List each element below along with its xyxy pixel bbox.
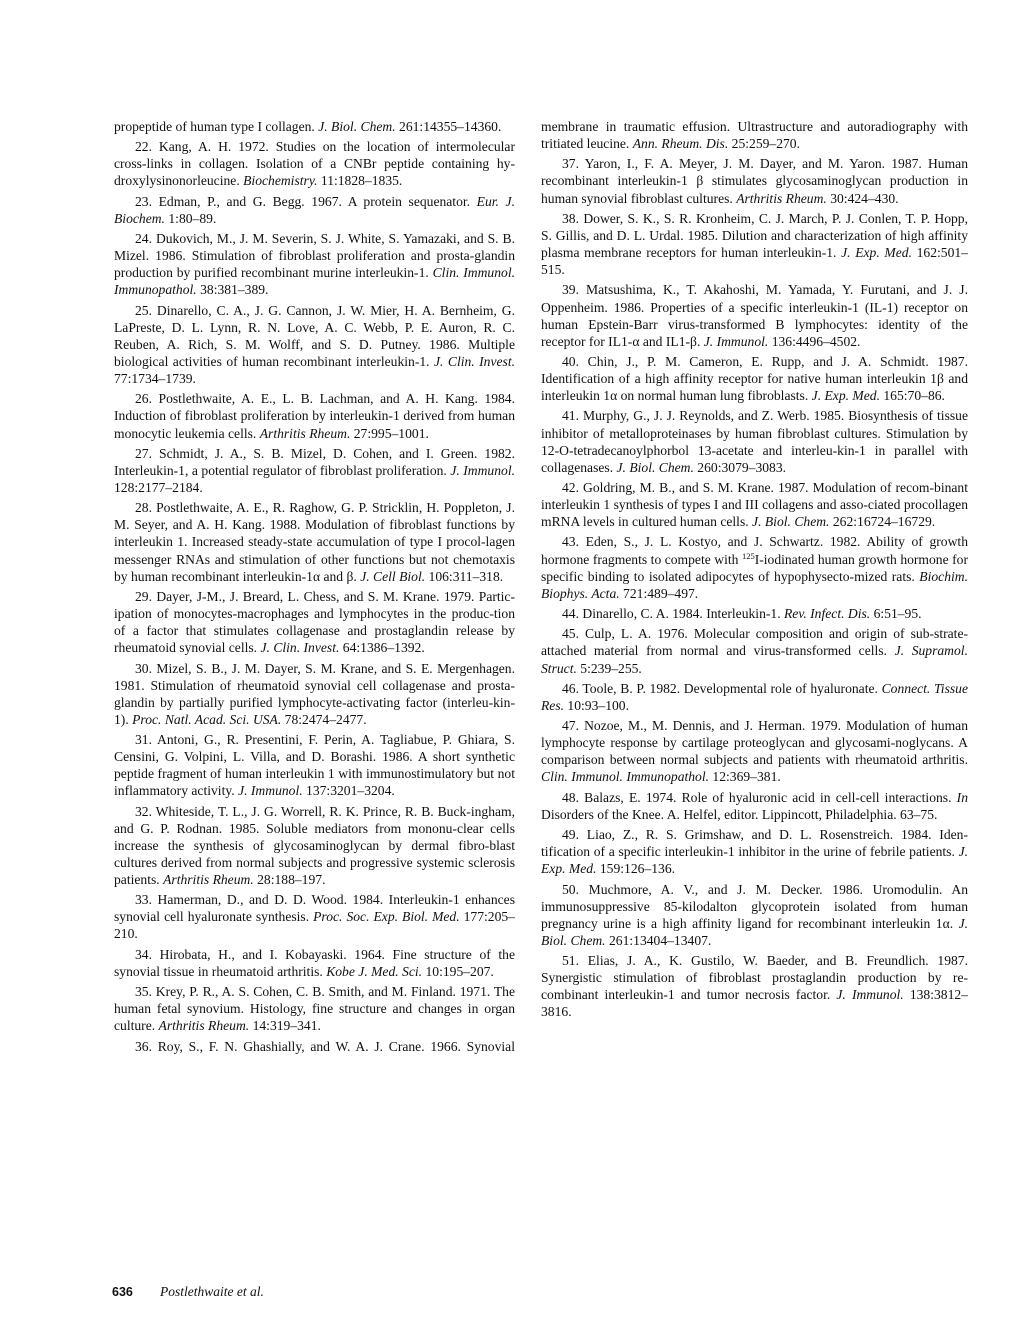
journal-name: Rev. Infect. Dis. — [784, 606, 870, 621]
reference-38: 38. Dower, S. K., S. R. Kronheim, C. J. … — [541, 210, 968, 278]
reference-39: 39. Matsushima, K., T. Akahoshi, M. Yama… — [541, 281, 968, 349]
reference-46: 46. Toole, B. P. 1982. Developmental rol… — [541, 680, 968, 714]
page-number: 636 — [112, 1284, 160, 1300]
journal-name: Arthritis Rheum. — [260, 426, 351, 441]
reference-27: 27. Schmidt, J. A., S. B. Mizel, D. Cohe… — [114, 445, 515, 496]
journal-name: Proc. Soc. Exp. Biol. Med. — [313, 909, 460, 924]
journal-name: J. Biol. Chem. — [752, 514, 829, 529]
reference-40: 40. Chin, J., P. M. Cameron, E. Rupp, an… — [541, 353, 968, 404]
journal-name: Arthritis Rheum. — [163, 872, 254, 887]
running-author: Postlethwaite et al. — [160, 1284, 264, 1299]
reference-21-continued: propeptide of human type I collagen. J. … — [114, 118, 515, 135]
journal-name: J. Immunol. — [704, 334, 769, 349]
reference-34: 34. Hirobata, H., and I. Kobayaski. 1964… — [114, 946, 515, 980]
reference-47: 47. Nozoe, M., M. Dennis, and J. Herman.… — [541, 717, 968, 785]
reference-26: 26. Postlethwaite, A. E., L. B. Lachman,… — [114, 390, 515, 441]
reference-50: 50. Muchmore, A. V., and J. M. Decker. 1… — [541, 881, 968, 949]
reference-32: 32. Whiteside, T. L., J. G. Worrell, R. … — [114, 803, 515, 888]
journal-name: J. Biol. Chem. — [617, 460, 694, 475]
reference-49: 49. Liao, Z., R. S. Grimshaw, and D. L. … — [541, 826, 968, 877]
reference-25: 25. Dinarello, C. A., J. G. Cannon, J. W… — [114, 302, 515, 387]
reference-33: 33. Hamerman, D., and D. D. Wood. 1984. … — [114, 891, 515, 942]
journal-name: Arthritis Rheum. — [159, 1018, 250, 1033]
references-left-column: propeptide of human type I collagen. J. … — [114, 118, 515, 1058]
reference-35: 35. Krey, P. R., A. S. Cohen, C. B. Smit… — [114, 983, 515, 1034]
journal-name: J. Clin. Invest. — [434, 354, 515, 369]
reference-51: 51. Elias, J. A., K. Gustilo, W. Baeder,… — [541, 952, 968, 1020]
superscript-isotope: 125 — [742, 551, 755, 561]
reference-48: 48. Balazs, E. 1974. Role of hyaluronic … — [541, 789, 968, 823]
reference-24: 24. Dukovich, M., J. M. Severin, S. J. W… — [114, 230, 515, 298]
journal-name: Proc. Natl. Acad. Sci. USA. — [132, 712, 281, 727]
journal-name: Kobe J. Med. Sci. — [326, 964, 422, 979]
journal-name: Arthritis Rheum. — [736, 191, 827, 206]
page-footer: 636Postlethwaite et al. — [112, 1284, 264, 1300]
reference-28: 28. Postlethwaite, A. E., R. Raghow, G. … — [114, 499, 515, 584]
journal-name: J. Exp. Med. — [841, 245, 912, 260]
journal-name: J. Exp. Med. — [812, 388, 880, 403]
reference-36-continued: membrane in traumatic effusion. Ultrastr… — [541, 118, 968, 152]
journal-name: Clin. Immunol. Immunopathol. — [541, 769, 709, 784]
journal-name: J. Clin. Invest. — [260, 640, 339, 655]
reference-43: 43. Eden, S., J. L. Kostyo, and J. Schwa… — [541, 533, 968, 601]
reference-36: 36. Roy, S., F. N. Ghashially, and W. A.… — [114, 1038, 515, 1055]
journal-name: Biochemistry. — [243, 173, 317, 188]
reference-30: 30. Mizel, S. B., J. M. Dayer, S. M. Kra… — [114, 660, 515, 728]
journal-name: J. Biol. Chem. — [318, 119, 395, 134]
journal-name: J. Immunol. — [238, 783, 303, 798]
reference-31: 31. Antoni, G., R. Presentini, F. Perin,… — [114, 731, 515, 799]
reference-22: 22. Kang, A. H. 1972. Studies on the loc… — [114, 138, 515, 189]
reference-29: 29. Dayer, J-M., J. Breard, L. Chess, an… — [114, 588, 515, 656]
reference-44: 44. Dinarello, C. A. 1984. Interleukin-1… — [541, 605, 968, 622]
reference-42: 42. Goldring, M. B., and S. M. Krane. 19… — [541, 479, 968, 530]
reference-23: 23. Edman, P., and G. Begg. 1967. A prot… — [114, 193, 515, 227]
journal-name: J. Immunol. — [836, 987, 903, 1002]
reference-41: 41. Murphy, G., J. J. Reynolds, and Z. W… — [541, 407, 968, 475]
references-right-column: membrane in traumatic effusion. Ultrastr… — [541, 118, 968, 1024]
reference-45: 45. Culp, L. A. 1976. Molecular composit… — [541, 625, 968, 676]
journal-name: J. Immunol. — [450, 463, 515, 478]
journal-name: J. Cell Biol. — [360, 569, 425, 584]
journal-name: Ann. Rheum. Dis. — [633, 136, 729, 151]
document-page: propeptide of human type I collagen. J. … — [0, 0, 1020, 1320]
in-word: In — [957, 790, 968, 805]
reference-37: 37. Yaron, I., F. A. Meyer, J. M. Dayer,… — [541, 155, 968, 206]
